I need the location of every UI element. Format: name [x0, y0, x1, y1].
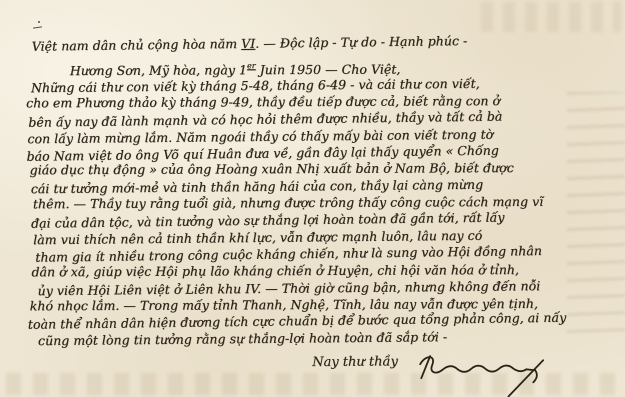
- ink-dot-mark: [38, 21, 40, 23]
- date-superscript: er: [247, 61, 256, 70]
- header-text-after: . — Độc lập - Tự do - Hạnh phúc -: [255, 33, 467, 51]
- closing-text: Nay thư thầy: [312, 355, 398, 371]
- handwritten-letter: Việt nam dân chủ cộng hòa năm VI. — Độc …: [22, 29, 611, 397]
- signature-flourish: [416, 347, 591, 397]
- date-text-before: Hương Sơn, Mỹ hòa, ngày 1: [70, 62, 247, 78]
- date-text-after: Juin 1950 — Cho Việt,: [256, 62, 401, 78]
- signature-row: Nay thư thầy: [24, 347, 610, 397]
- header-roman-numeral: VI: [241, 36, 255, 51]
- ink-tick-mark: [33, 26, 42, 28]
- header-text-before: Việt nam dân chủ cộng hòa năm: [32, 36, 242, 54]
- letter-page: Việt nam dân chủ cộng hòa năm VI. — Độc …: [0, 0, 625, 397]
- letter-date-line: Hương Sơn, Mỹ hòa, ngày 1er Juin 1950 — …: [70, 53, 608, 79]
